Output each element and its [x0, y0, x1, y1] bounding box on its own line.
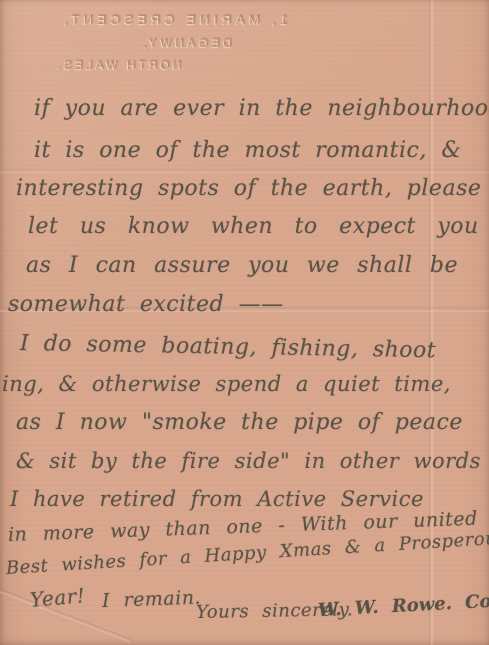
handwritten-line: & sit by the fire side" in other words — [16, 449, 481, 473]
closing-remain: I remain. — [102, 587, 202, 612]
signature: W. W. Rowe. Com Rook — [317, 587, 489, 621]
closing-year: Year! — [29, 583, 86, 612]
letterhead-region-line: NORTH WALES. — [0, 58, 257, 72]
letterhead-address-line: 1, MARINE CRESCENT, — [35, 12, 313, 27]
handwritten-line: as I now "smoke the pipe of peace — [16, 410, 463, 435]
handwritten-line: let us know when to expect you — [28, 214, 479, 239]
handwritten-line: it is one of the most romantic, & — [34, 138, 461, 163]
letterhead-embossed-mirrored: 1, MARINE CRESCENT, DEGANWY, NORTH WALES… — [35, 12, 313, 72]
handwritten-line: I do some boating, fishing, shoot — [20, 331, 437, 363]
handwritten-line: ing, & otherwise spend a quiet time, — [2, 372, 451, 396]
handwritten-line: I have retired from Active Service — [10, 487, 424, 511]
letterhead-town-line: DEGANWY, — [47, 36, 325, 50]
handwritten-line: as I can assure you we shall be — [26, 253, 458, 278]
handwritten-line: interesting spots of the earth, please — [16, 176, 481, 201]
horizontal-fold-crease-upper — [0, 169, 489, 173]
handwritten-line: if you are ever in the neighbourhood — [34, 96, 489, 121]
handwritten-line: somewhat excited —— — [8, 292, 284, 317]
letter-page: 1, MARINE CRESCENT, DEGANWY, NORTH WALES… — [0, 0, 489, 645]
